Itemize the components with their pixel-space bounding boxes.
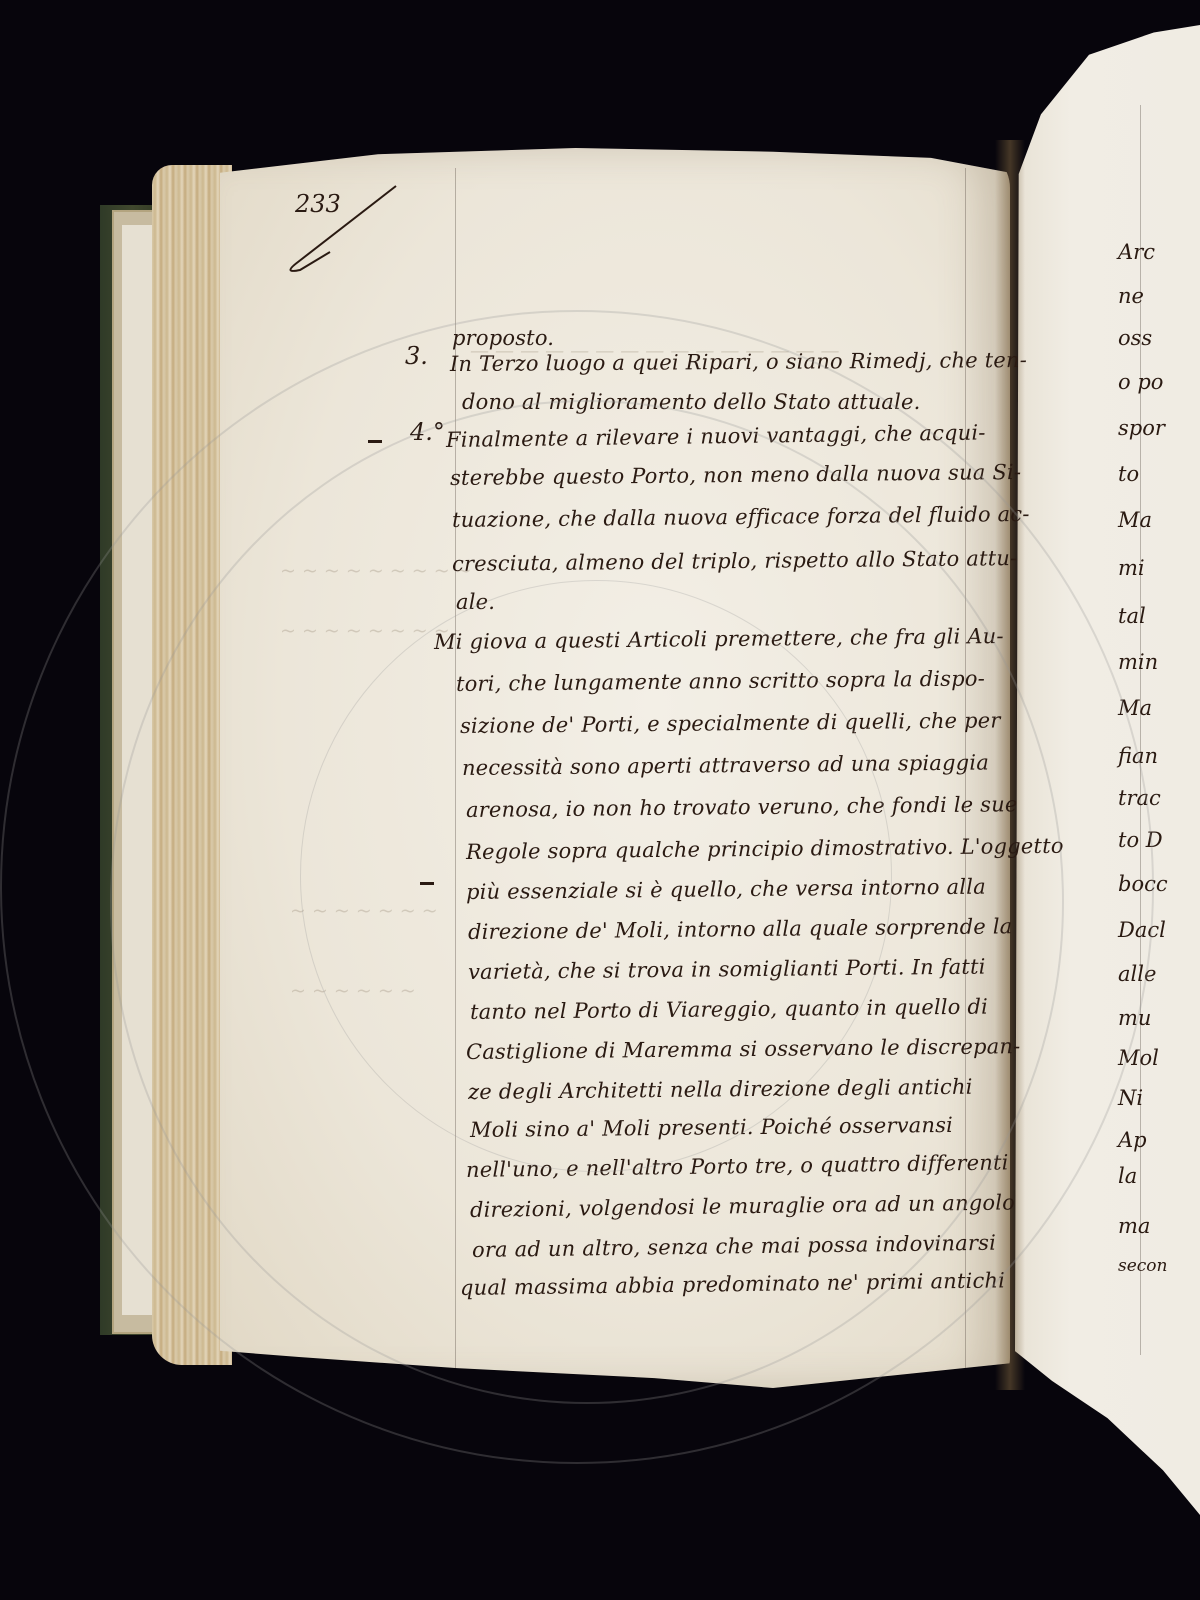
- bleed-through-text: ~ ~ ~ ~ ~ ~ ~: [290, 900, 438, 922]
- right-page-line: spor: [1118, 416, 1165, 440]
- right-page-line: trac: [1118, 786, 1161, 810]
- right-page-line: Ma: [1118, 696, 1152, 720]
- margin-dash: [420, 882, 434, 885]
- manuscript-line: In Terzo luogo a quei Ripari, o siano Ri…: [450, 348, 1027, 376]
- list-number-3: 3.: [405, 342, 428, 370]
- right-page-line: Mol: [1118, 1046, 1159, 1070]
- right-page-line: Dacl: [1118, 918, 1166, 942]
- right-page-line: to D: [1118, 828, 1163, 852]
- right-page: [1015, 25, 1200, 1515]
- list-number-4: 4.°: [410, 418, 445, 446]
- folio-flourish-icon: [278, 180, 418, 280]
- right-page-line: Ma: [1118, 508, 1152, 532]
- right-page-line: min: [1118, 650, 1158, 674]
- right-page-line: ma: [1118, 1214, 1150, 1238]
- bleed-through-text: ~ ~ ~ ~ ~ ~ ~ ~ ~: [280, 560, 472, 582]
- right-page-line: mi: [1118, 556, 1145, 580]
- right-page-line: secon: [1118, 1256, 1168, 1276]
- bleed-through-text: ~ ~ ~ ~ ~ ~ ~ ~: [280, 620, 450, 642]
- right-page-line: Ni: [1118, 1086, 1143, 1110]
- manuscript-line: proposto.: [452, 326, 554, 350]
- right-page-line: bocc: [1118, 872, 1168, 896]
- bleed-through-text: ~ ~ ~ ~ ~ ~: [290, 980, 416, 1002]
- right-page-line: tal: [1118, 604, 1146, 628]
- right-page-line: ne: [1118, 284, 1144, 308]
- right-page-line: mu: [1118, 1006, 1151, 1030]
- margin-dash: [368, 440, 382, 443]
- manuscript-line: dono al miglioramento dello Stato attual…: [462, 390, 921, 414]
- right-page-line: Ap: [1118, 1128, 1147, 1152]
- right-page-line: o po: [1118, 370, 1163, 394]
- right-page-line: Arc: [1118, 240, 1155, 264]
- right-page-line: to: [1118, 462, 1139, 486]
- manuscript-line: Moli sino a' Moli presenti. Poiché osser…: [470, 1113, 953, 1142]
- right-page-line: alle: [1118, 962, 1156, 986]
- right-page-line: oss: [1118, 326, 1152, 350]
- right-page-line: fian: [1118, 744, 1158, 768]
- manuscript-photo: — — — — — — — — — — — — — — — ~ ~ ~ ~ ~ …: [0, 0, 1200, 1600]
- right-page-line: la: [1118, 1164, 1137, 1188]
- manuscript-line: ale.: [456, 590, 495, 614]
